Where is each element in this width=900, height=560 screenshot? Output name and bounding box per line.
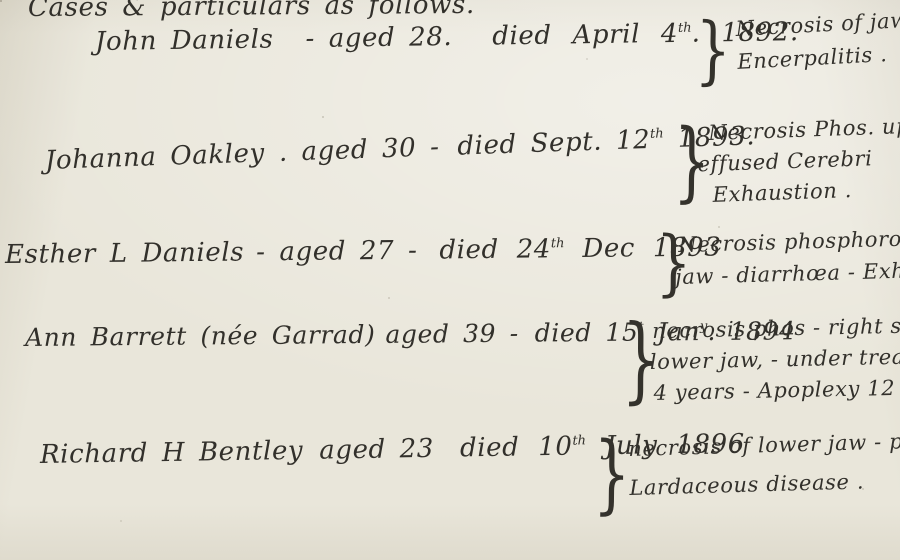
- curly-brace: }: [593, 430, 631, 517]
- ordinal-superscript: th: [650, 126, 664, 141]
- note-line: necrosis phos - right side: [652, 312, 900, 350]
- case-name: Johanna Oakley: [44, 138, 265, 176]
- case-notes: Necrosis phosphorous, upper jaw - diarrh…: [678, 224, 900, 297]
- case-name: Richard H Bentley: [40, 436, 304, 470]
- note-line: 4 years - Apoplexy 12 hours: [653, 374, 900, 412]
- note-line: lower jaw, - under treatment: [650, 343, 900, 381]
- ordinal-superscript: th: [678, 21, 692, 36]
- case-entry: Johanna Oakley. aged 30 -died Sept. 12th…: [44, 121, 755, 176]
- case-age: - aged 27 -: [256, 236, 418, 268]
- case-notes: necrosis of lower jaw - phos- Lardaceous…: [628, 428, 900, 515]
- ordinal-superscript: th: [551, 236, 565, 251]
- death-date-text: died 10: [460, 432, 573, 464]
- case-notes: necrosis phos - right side lower jaw, - …: [652, 312, 900, 412]
- case-age: - aged 28.: [305, 22, 452, 54]
- death-date-text: died April 4: [492, 19, 678, 52]
- case-name: John Daniels: [95, 25, 274, 57]
- document-page: { "document": { "heading": "Cases & part…: [0, 0, 900, 560]
- document-heading: Cases & particulars as follows.: [28, 0, 475, 23]
- case-name: Esther L Daniels: [5, 237, 244, 270]
- case-notes: Necrosis of jaw Encerpalitis .: [735, 8, 900, 83]
- note-line: Lardaceous disease .: [629, 467, 900, 515]
- ordinal-superscript: th: [572, 433, 586, 448]
- case-name: Ann Barrett (née Garrad): [25, 320, 376, 352]
- case-age: aged 23: [319, 434, 434, 466]
- death-date-text: died Sept. 12: [457, 125, 651, 162]
- case-age: . aged 30 -: [278, 132, 440, 168]
- case-age: aged 39 -: [385, 319, 519, 349]
- case-entry: Esther L Daniels- aged 27 -died 24th Dec…: [5, 232, 722, 270]
- case-entry: John Daniels- aged 28.died April 4th. 18…: [95, 17, 799, 57]
- death-date-text: died 24: [439, 234, 551, 265]
- case-notes: Necrosis Phos. upper jaw effused Cerebri…: [708, 111, 900, 214]
- curly-brace: }: [695, 14, 732, 89]
